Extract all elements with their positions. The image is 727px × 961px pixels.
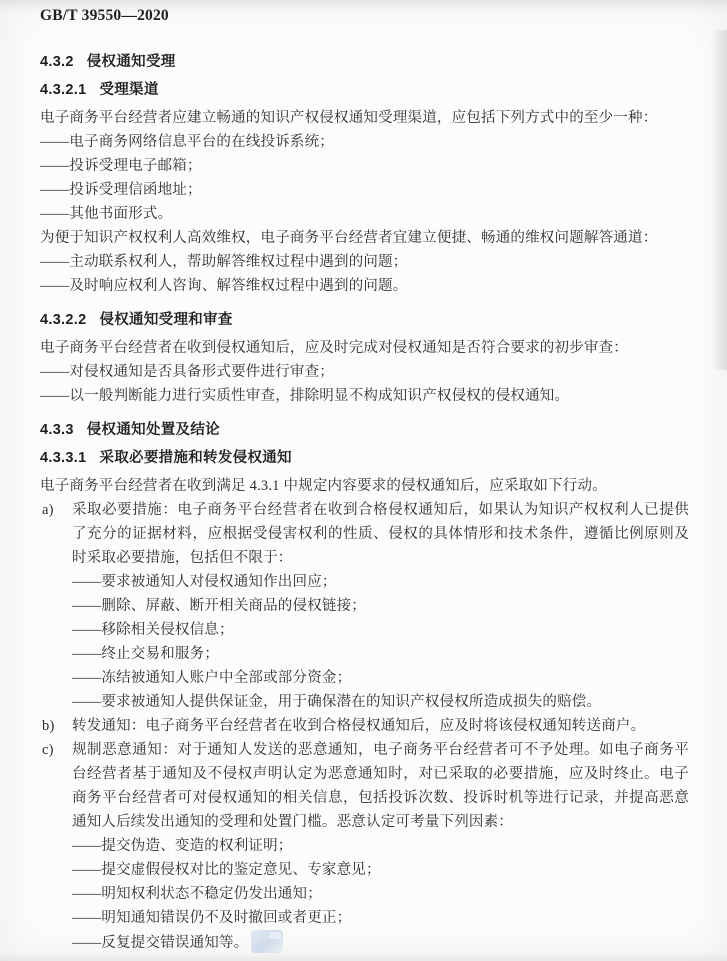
paragraph-actions-intro: 电子商务平台经营者在收到满足 4.3.1 中规定内容要求的侵权通知后，应采取如下…	[40, 474, 689, 498]
heading-title: 侵权通知受理和审查	[99, 312, 232, 328]
item-text: 采取必要措施：电子商务平台经营者在收到合格侵权通知后，如果认为知识产权权利人已提…	[72, 498, 689, 570]
heading-number: 4.3.3.1	[40, 448, 86, 468]
dash-prefix: ——	[40, 254, 69, 270]
dash-list-item: ——明知权利状态不稳定仍发出通知；	[72, 882, 689, 906]
dash-list-item: ——对侵权通知是否具备形式要件进行审查；	[40, 360, 689, 384]
dash-list-item: ——反复提交错误通知等。	[72, 930, 689, 955]
list-item-text: 以一般判断能力进行实质性审查，排除明显不构成知识产权侵权的侵权通知。	[69, 388, 569, 404]
paragraph-review-intro: 电子商务平台经营者在收到侵权通知后，应及时完成对侵权通知是否符合要求的初步审查：	[40, 336, 689, 360]
standard-number: GB/T 39550—2020	[40, 6, 689, 26]
item-label: c)	[40, 738, 72, 834]
list-item-text: 冻结被通知人账户中全部或部分资金；	[101, 670, 351, 686]
dash-prefix: ——	[72, 838, 101, 854]
dash-list-item: ——以一般判断能力进行实质性审查，排除明显不构成知识产权侵权的侵权通知。	[40, 384, 689, 408]
list-item-text: 明知权利状态不稳定仍发出通知；	[101, 886, 322, 902]
watermark-logo-highlight	[269, 932, 281, 939]
section-heading-4-3-3: 4.3.3侵权通知处置及结论	[40, 420, 689, 440]
watermark-logo	[251, 930, 283, 953]
list-item-text: 主动联系权利人，帮助解答维权过程中遇到的问题；	[69, 254, 407, 270]
dash-prefix: ——	[72, 646, 101, 662]
list-item-text: 要求被通知人提供保证金，用于确保潜在的知识产权侵权所造成损失的赔偿。	[101, 694, 601, 710]
item-label: a)	[40, 498, 72, 570]
list-item-text: 终止交易和服务；	[101, 646, 219, 662]
list-item-text: 移除相关侵权信息；	[101, 622, 233, 638]
dash-list-item: ——提交虚假侵权对比的鉴定意见、专家意见；	[72, 858, 689, 882]
section-heading-4-3-3-1: 4.3.3.1采取必要措施和转发侵权通知	[40, 448, 689, 468]
dash-list-item: ——要求被通知人对侵权通知作出回应；	[72, 570, 689, 594]
section-heading-4-3-2-2: 4.3.2.2侵权通知受理和审查	[40, 310, 689, 330]
dash-prefix: ——	[40, 182, 69, 198]
item-label: b)	[40, 714, 72, 738]
heading-number: 4.3.2.2	[40, 310, 86, 330]
list-item-text: 投诉受理信函地址；	[69, 182, 201, 198]
list-item-text: 提交虚假侵权对比的鉴定意见、专家意见；	[101, 862, 380, 878]
dash-list-item: ——要求被通知人提供保证金，用于确保潜在的知识产权侵权所造成损失的赔偿。	[72, 690, 689, 714]
list-item-text: 其他书面形式。	[69, 206, 172, 222]
list-item-text: 删除、屏蔽、断开相关商品的侵权链接；	[101, 598, 366, 614]
document-page: GB/T 39550—2020 4.3.2侵权通知受理 4.3.2.1受理渠道 …	[0, 0, 727, 961]
dash-list-item: ——投诉受理电子邮箱；	[40, 154, 689, 178]
dash-list-item: ——其他书面形式。	[40, 202, 689, 226]
lettered-item-b: b) 转发通知：电子商务平台经营者在收到合格侵权通知后，应及时将该侵权通知转送商…	[40, 714, 689, 738]
dash-list-item: ——明知通知错误仍不及时撤回或者更正；	[72, 906, 689, 930]
list-item-text: 反复提交错误通知等。	[101, 935, 248, 951]
dash-list-item: ——电子商务网络信息平台的在线投诉系统；	[40, 130, 689, 154]
dash-prefix: ——	[72, 910, 101, 926]
heading-number: 4.3.2	[40, 52, 74, 72]
dash-prefix: ——	[40, 158, 69, 174]
dash-prefix: ——	[72, 598, 101, 614]
page-content: GB/T 39550—2020 4.3.2侵权通知受理 4.3.2.1受理渠道 …	[0, 0, 727, 955]
section-heading-4-3-2-1: 4.3.2.1受理渠道	[40, 80, 689, 100]
heading-title: 侵权通知受理	[87, 54, 176, 70]
dash-list-item: ——投诉受理信函地址；	[40, 178, 689, 202]
dash-prefix: ——	[40, 364, 69, 380]
list-item-text: 及时响应权利人咨询、解答维权过程中遇到的问题。	[69, 278, 407, 294]
dash-list-item: ——及时响应权利人咨询、解答维权过程中遇到的问题。	[40, 274, 689, 298]
dash-list-item: ——提交伪造、变造的权利证明；	[72, 834, 689, 858]
list-item-text: 要求被通知人对侵权通知作出回应；	[101, 574, 336, 590]
heading-title: 侵权通知处置及结论	[87, 422, 220, 438]
dash-list-item: ——终止交易和服务；	[72, 642, 689, 666]
dash-prefix: ——	[72, 862, 101, 878]
dash-list-item: ——移除相关侵权信息；	[72, 618, 689, 642]
list-item-text: 投诉受理电子邮箱；	[69, 158, 201, 174]
dash-prefix: ——	[72, 886, 101, 902]
heading-title: 采取必要措施和转发侵权通知	[99, 450, 291, 466]
dash-prefix: ——	[72, 670, 101, 686]
heading-number: 4.3.2.1	[40, 80, 86, 100]
dash-prefix: ——	[40, 278, 69, 294]
dash-prefix: ——	[40, 206, 69, 222]
lettered-item-a: a) 采取必要措施：电子商务平台经营者在收到合格侵权通知后，如果认为知识产权权利…	[40, 498, 689, 570]
lettered-item-c: c) 规制恶意通知：对于通知人发送的恶意通知，电子商务平台经营者可不予处理。如电…	[40, 738, 689, 834]
dash-list-item: ——主动联系权利人，帮助解答维权过程中遇到的问题；	[40, 250, 689, 274]
list-item-text: 对侵权通知是否具备形式要件进行审查；	[69, 364, 334, 380]
dash-list-item: ——删除、屏蔽、断开相关商品的侵权链接；	[72, 594, 689, 618]
section-heading-4-3-2: 4.3.2侵权通知受理	[40, 52, 689, 72]
dash-prefix: ——	[40, 388, 69, 404]
paragraph-channels-intro: 电子商务平台经营者应建立畅通的知识产权侵权通知受理渠道，应包括下列方式中的至少一…	[40, 106, 689, 130]
heading-number: 4.3.3	[40, 420, 74, 440]
list-item-text: 电子商务网络信息平台的在线投诉系统；	[69, 134, 334, 150]
dash-list-item: ——冻结被通知人账户中全部或部分资金；	[72, 666, 689, 690]
dash-prefix: ——	[72, 574, 101, 590]
heading-title: 受理渠道	[99, 82, 158, 98]
dash-prefix: ——	[72, 622, 101, 638]
list-item-text: 提交伪造、变造的权利证明；	[101, 838, 292, 854]
dash-prefix: ——	[72, 694, 101, 710]
list-item-text: 明知通知错误仍不及时撤回或者更正；	[101, 910, 351, 926]
dash-prefix: ——	[72, 935, 101, 951]
item-text: 转发通知：电子商务平台经营者在收到合格侵权通知后，应及时将该侵权通知转送商户。	[72, 714, 689, 738]
dash-prefix: ——	[40, 134, 69, 150]
paragraph-support-intro: 为便于知识产权权利人高效维权，电子商务平台经营者宜建立便捷、畅通的维权问题解答通…	[40, 226, 689, 250]
item-text: 规制恶意通知：对于通知人发送的恶意通知，电子商务平台经营者可不予处理。如电子商务…	[72, 738, 689, 834]
